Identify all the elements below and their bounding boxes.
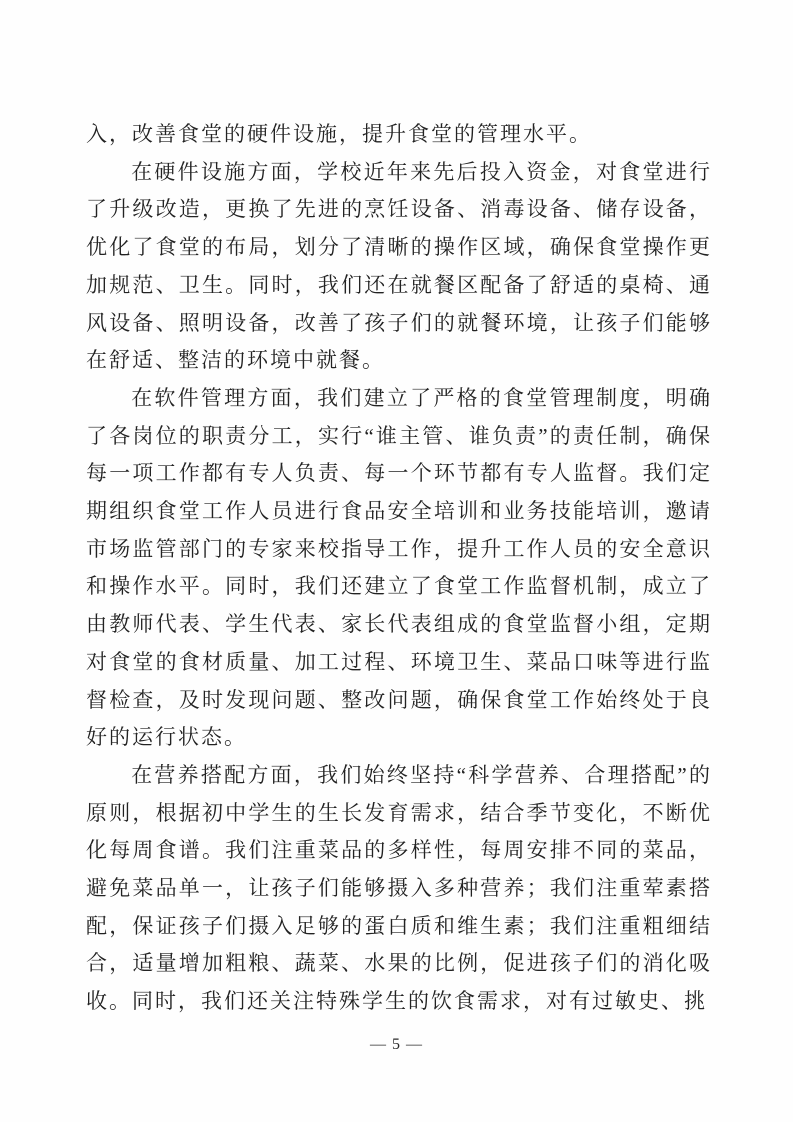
page-number: — 5 — <box>370 1036 423 1053</box>
paragraph-continuation: 入，改善食堂的硬件设施，提升食堂的管理水平。 <box>86 116 712 154</box>
paragraph-hardware-facilities: 在硬件设施方面，学校近年来先后投入资金，对食堂进行了升级改造，更换了先进的烹饪设… <box>86 154 712 380</box>
page-footer: — 5 — <box>0 1036 793 1054</box>
document-body: 入，改善食堂的硬件设施，提升食堂的管理水平。 在硬件设施方面，学校近年来先后投入… <box>86 116 712 1021</box>
document-page: 入，改善食堂的硬件设施，提升食堂的管理水平。 在硬件设施方面，学校近年来先后投入… <box>0 0 793 1122</box>
paragraph-software-management: 在软件管理方面，我们建立了严格的食堂管理制度，明确了各岗位的职责分工，实行“谁主… <box>86 380 712 757</box>
paragraph-nutrition-pairing: 在营养搭配方面，我们始终坚持“科学营养、合理搭配”的原则，根据初中学生的生长发育… <box>86 757 712 1021</box>
